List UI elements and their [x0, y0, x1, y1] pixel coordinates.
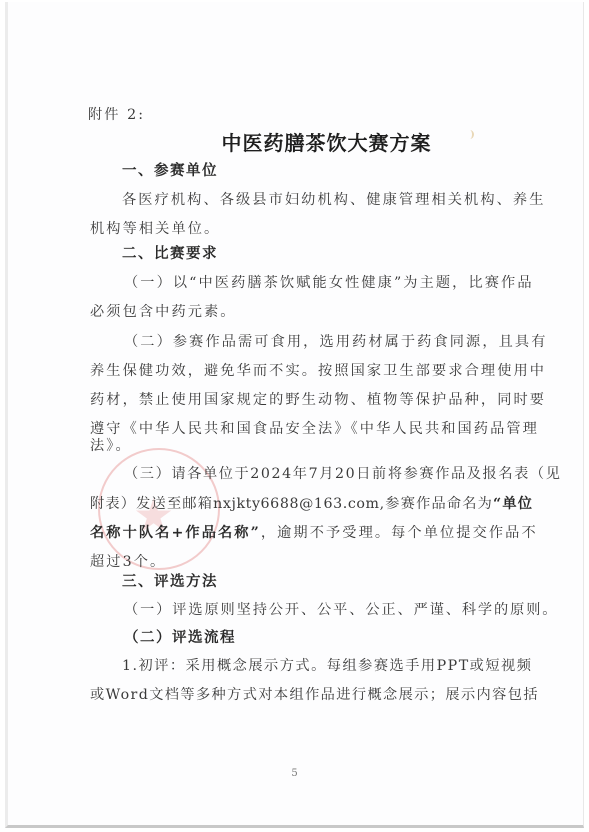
paragraph-line: （二）参赛作品需可食用，选用药材属于药食同源，且具有: [124, 332, 547, 352]
document-title: 中医药膳茶饮大赛方案: [0, 127, 589, 156]
text-fragment: ,参赛作品命名为: [380, 496, 493, 512]
text-fragment-bold: “单位: [493, 496, 533, 512]
paragraph-line: 必须包含中药元素。: [90, 302, 237, 322]
text-fragment-bold: 名称十队名+作品名称”: [90, 525, 261, 541]
paragraph-line: 养生保健功效，避免华而不实。按照国家卫生部要求合理使用中: [90, 361, 546, 381]
paragraph-line: 各医疗机构、各级县市妇幼机构、健康管理相关机构、养生: [122, 190, 545, 210]
paragraph-line: （三）请各单位于2024年7月20日前将参赛作品及报名表（见: [124, 464, 562, 484]
paragraph-line: 超过3个。: [90, 552, 166, 572]
paragraph-line: 法》。: [90, 436, 132, 456]
paragraph-line: （一）评选原则坚持公开、公平、公正、严谨、科学的原则。: [124, 600, 558, 620]
section-heading-evaluation: 三、评选方法: [122, 572, 218, 592]
section-heading-participants: 一、参赛单位: [122, 161, 218, 181]
section-heading-requirements: 二、比赛要求: [122, 244, 218, 264]
email-address: nxjkty6688@163.com: [213, 496, 379, 512]
paragraph-line: 机构等相关单位。: [90, 219, 220, 239]
paragraph-line: 1.初评：采用概念展示方式。每组参赛选手用PPT或短视频: [122, 656, 532, 676]
paragraph-line: （一）以“中医药膳茶饮赋能女性健康”为主题，比赛作品: [124, 273, 534, 293]
paragraph-line: 药材，禁止使用国家规定的野生动物、植物等保护品种，同时要: [90, 390, 546, 410]
paragraph-line: 或Word文档等多种方式对本组作品进行概念展示；展示内容包括: [90, 685, 539, 705]
page-number: 5: [0, 768, 589, 779]
attachment-label: 附件 2:: [88, 105, 145, 125]
paragraph-line: 名称十队名+作品名称”，逾期不予受理。每个单位提交作品不: [90, 523, 538, 543]
paragraph-line-email: 附表）发送至邮箱nxjkty6688@163.com,参赛作品命名为“单位: [90, 494, 533, 514]
text-fragment: ，逾期不予受理。每个单位提交作品不: [261, 525, 538, 541]
text-fragment: 附表）发送至邮箱: [90, 496, 213, 512]
subheading-process: （二）评选流程: [124, 628, 236, 648]
paragraph-line: 遵守《中华人民共和国食品安全法》《中华人民共和国药品管理: [90, 419, 539, 439]
